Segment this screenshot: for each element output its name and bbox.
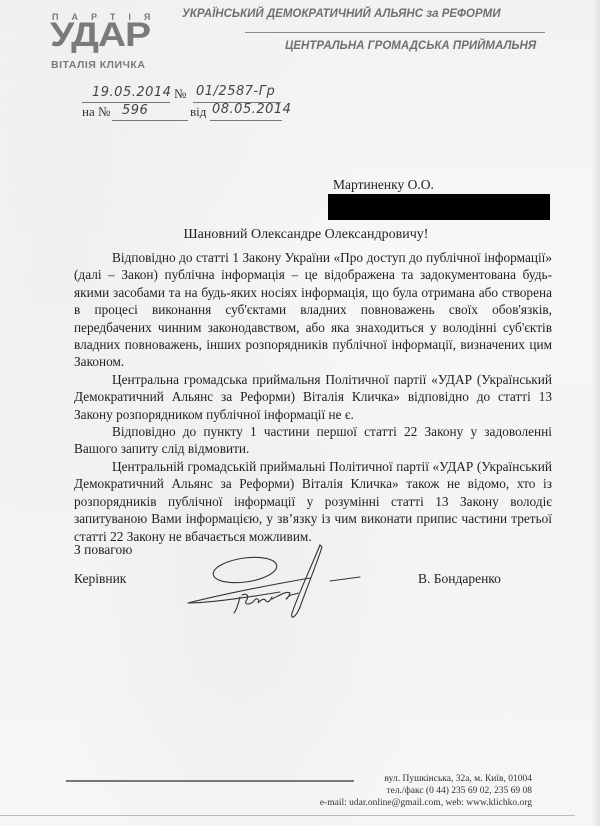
- closing-regards: З повагою: [74, 542, 132, 558]
- logo-udar: УДАР: [50, 18, 150, 52]
- signatory-name: В. Бондаренко: [418, 571, 501, 587]
- footer-contacts: e-mail: udar.online@gmail.com, web: www.…: [320, 797, 532, 809]
- number-label: №: [174, 86, 186, 102]
- on-number-label: на №: [82, 104, 110, 120]
- on-number-underline: [112, 120, 188, 121]
- contact-footer: вул. Пушкінська, 32а, м. Київ, 01004 тел…: [320, 773, 532, 809]
- org-name: УКРАЇНСЬКИЙ ДЕМОКРАТИЧНИЙ АЛЬЯНС за РЕФО…: [182, 8, 501, 20]
- letter-page: ПАРТІЯ УДАР ВІТАЛІЯ КЛИЧКА УКРАЇНСЬКИЙ Д…: [0, 0, 600, 826]
- from-date-underline: [210, 120, 282, 121]
- incoming-number: 596: [122, 103, 148, 118]
- logo-subtitle: ВІТАЛІЯ КЛИЧКА: [51, 59, 145, 71]
- handwritten-signature: [180, 535, 380, 625]
- paragraph: Відповідно до пункту 1 частини першої ст…: [74, 423, 552, 458]
- footer-address: вул. Пушкінська, 32а, м. Київ, 01004: [320, 773, 532, 785]
- signatory-position: Керівник: [74, 571, 126, 587]
- header-divider: [245, 32, 545, 33]
- incoming-date: 08.05.2014: [212, 102, 291, 117]
- addressee-name: Мартиненку О.О.: [333, 177, 434, 193]
- page-bottom-edge: [0, 815, 575, 816]
- letter-body: Відповідно до статті 1 Закону України «П…: [74, 249, 552, 545]
- outgoing-date: 19.05.2014: [92, 85, 171, 100]
- paragraph: Відповідно до статті 1 Закону України «П…: [74, 249, 552, 371]
- from-label: від: [190, 104, 206, 120]
- outgoing-number: 01/2587-Гр: [196, 84, 275, 99]
- paragraph: Центральній громадській приймальні Політ…: [74, 458, 552, 545]
- page-edge: [592, 0, 600, 826]
- department-name: ЦЕНТРАЛЬНА ГРОМАДСЬКА ПРИЙМАЛЬНЯ: [285, 40, 536, 52]
- redacted-address: [328, 194, 550, 220]
- footer-phone: тел./факс (0 44) 235 69 02, 235 69 08: [320, 785, 532, 797]
- salutation: Шановний Олександре Олександровичу!: [0, 227, 600, 243]
- footer-divider: [66, 780, 354, 782]
- paragraph: Центральна громадська приймальня Політич…: [74, 371, 552, 423]
